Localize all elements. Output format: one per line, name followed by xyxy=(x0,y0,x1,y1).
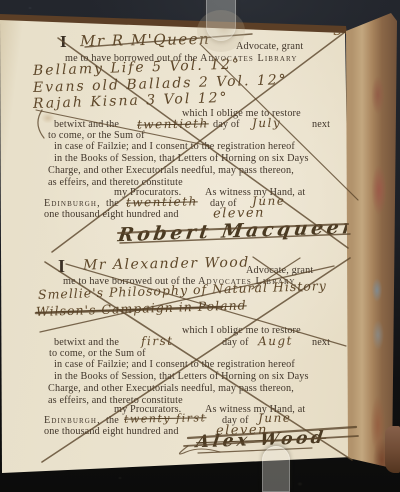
failzie-line: in case of Failzie; and I consent to the… xyxy=(54,359,295,370)
day-of-label: day of xyxy=(222,337,249,348)
entry-2-grant-text: Advocate, grant xyxy=(246,265,313,276)
entry-1-grant-text: Advocate, grant xyxy=(236,41,303,52)
year-prefix: one thousand eight hundred and xyxy=(44,209,179,220)
entry-1-signed-day: twentieth xyxy=(126,194,198,209)
entry-1-initial: I xyxy=(60,32,67,52)
next-label: next xyxy=(312,337,330,348)
year-prefix: one thousand eight hundred and xyxy=(44,426,179,437)
entry-1-return-day: twentieth xyxy=(137,116,209,131)
to-come-line: to come, or the Sum of xyxy=(49,348,146,359)
entry-1-return-month: July xyxy=(252,116,281,131)
charge-line: Charge, and other Executorials needful, … xyxy=(48,383,294,394)
entry-2-return-month: Augt xyxy=(258,334,293,349)
conservation-strap-top xyxy=(206,0,236,41)
session-line: in the Books of Session, that Letters of… xyxy=(54,153,309,164)
betwixt-prefix: betwixt and the xyxy=(54,337,119,348)
charge-line: Charge, and other Executorials needful, … xyxy=(48,165,294,176)
edinburgh-label: Edinburgh, xyxy=(44,415,101,426)
entry-2-signed-day: twenty first xyxy=(124,411,207,425)
entry-2-initial: I xyxy=(58,256,65,277)
entry-1-signature: Robert Macqueen xyxy=(117,216,362,247)
day-of-label: day of xyxy=(213,119,240,130)
to-come-line: to come, or the Sum of xyxy=(48,130,145,141)
the-label: the xyxy=(106,198,119,209)
next-label: next xyxy=(312,119,330,130)
the-label: the xyxy=(106,415,119,426)
entry-2-signature: Alex Wood xyxy=(195,428,328,453)
session-line: in the Books of Session, that Letters of… xyxy=(54,371,309,382)
entry-2-return-day: first xyxy=(141,334,174,349)
edinburgh-label: Edinburgh, xyxy=(44,198,101,209)
entry-2-borrower-name: Mr Alexander Wood xyxy=(83,255,250,274)
register-page: 36. I Mr R M'Queen Advocate, grant me to… xyxy=(0,0,400,492)
entry-1-borrower-name: Mr R M'Queen xyxy=(80,30,211,50)
photograph-of-library-register: 36. I Mr R M'Queen Advocate, grant me to… xyxy=(0,0,400,492)
failzie-line: in case of Failzie; and I consent to the… xyxy=(54,141,295,152)
conservation-strap-bottom xyxy=(262,446,290,492)
spine-corner xyxy=(385,426,400,473)
betwixt-prefix: betwixt and the xyxy=(54,119,119,130)
